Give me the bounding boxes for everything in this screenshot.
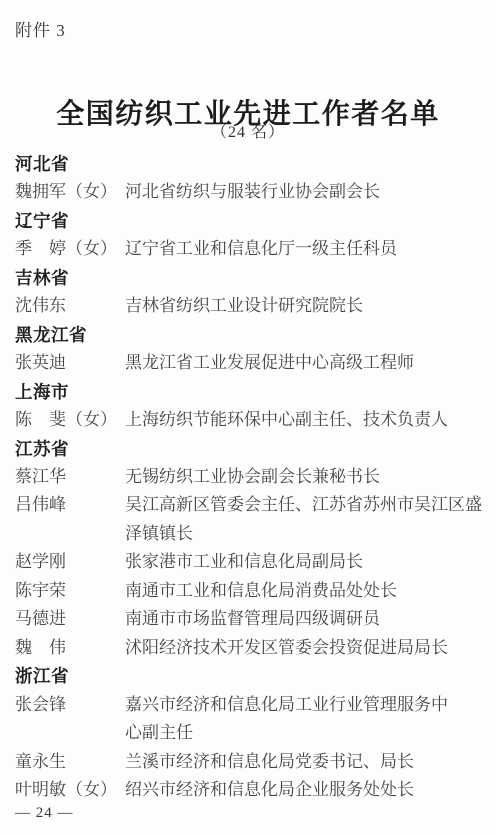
list-item: 张英迪 黑龙江省工业发展促进中心高级工程师: [15, 349, 482, 377]
person-title: 河北省纺织与服装行业协会副会长: [125, 178, 482, 206]
person-title: 辽宁省工业和信息化厅一级主任科员: [125, 235, 482, 263]
gender-note: （女）: [66, 410, 117, 429]
person-title: 嘉兴市经济和信息化局工业行业管理服务中 心副主任: [125, 691, 482, 748]
person-title: 上海纺织节能环保中心副主任、技术负责人: [125, 406, 482, 434]
person-name: 童永生: [15, 752, 66, 771]
person-name: 陈 斐: [15, 410, 66, 429]
list-item: 沈伟东 吉林省纺织工业设计研究院院长: [15, 292, 482, 320]
name-column: 叶明敏（女）: [15, 776, 125, 804]
province-section: 江苏省 蔡江华 无锡纺织工业协会副会长兼秘书长 吕伟峰 吴江高新区管委会主任、江…: [15, 435, 482, 663]
person-title: 黑龙江省工业发展促进中心高级工程师: [125, 349, 482, 377]
person-name: 张英迪: [15, 353, 66, 372]
person-name: 张会锋: [15, 695, 66, 714]
province-heading: 浙江省: [15, 662, 482, 690]
name-column: 陈宇荣: [15, 577, 125, 605]
province-section: 浙江省 张会锋 嘉兴市经济和信息化局工业行业管理服务中 心副主任 童永生 兰溪市…: [15, 662, 482, 804]
person-title: 张家港市工业和信息化局副局长: [125, 548, 482, 576]
recipient-count: （24 名）: [0, 119, 496, 142]
list-item: 张会锋 嘉兴市经济和信息化局工业行业管理服务中 心副主任: [15, 691, 482, 748]
list-item: 叶明敏（女） 绍兴市经济和信息化局企业服务处处长: [15, 776, 482, 804]
gender-note: （女）: [66, 239, 117, 258]
list-item: 吕伟峰 吴江高新区管委会主任、江苏省苏州市吴江区盛 泽镇镇长: [15, 491, 482, 548]
name-column: 魏拥军（女）: [15, 178, 125, 206]
person-name: 沈伟东: [15, 296, 66, 315]
name-column: 张会锋: [15, 691, 125, 719]
person-name: 吕伟峰: [15, 495, 66, 514]
person-title: 沭阳经济技术开发区管委会投资促进局局长: [125, 634, 482, 662]
province-heading: 河北省: [15, 150, 482, 178]
name-column: 魏 伟: [15, 634, 125, 662]
name-column: 蔡江华: [15, 463, 125, 491]
person-name: 陈宇荣: [15, 581, 66, 600]
person-name: 蔡江华: [15, 467, 66, 486]
person-name: 魏拥军: [15, 182, 66, 201]
list-item: 蔡江华 无锡纺织工业协会副会长兼秘书长: [15, 463, 482, 491]
person-title: 吉林省纺织工业设计研究院院长: [125, 292, 482, 320]
list-item: 童永生 兰溪市经济和信息化局党委书记、局长: [15, 748, 482, 776]
person-title: 南通市工业和信息化局消费品处处长: [125, 577, 482, 605]
person-title: 吴江高新区管委会主任、江苏省苏州市吴江区盛 泽镇镇长: [125, 491, 482, 548]
name-column: 张英迪: [15, 349, 125, 377]
name-column: 赵学刚: [15, 548, 125, 576]
province-section: 吉林省 沈伟东 吉林省纺织工业设计研究院院长: [15, 264, 482, 321]
name-column: 童永生: [15, 748, 125, 776]
name-column: 沈伟东: [15, 292, 125, 320]
page-number: — 24 —: [15, 803, 74, 824]
list-item: 陈 斐（女） 上海纺织节能环保中心副主任、技术负责人: [15, 406, 482, 434]
list-item: 赵学刚 张家港市工业和信息化局副局长: [15, 548, 482, 576]
person-name: 马德进: [15, 609, 66, 628]
attachment-label: 附件 3: [15, 16, 66, 41]
province-heading: 江苏省: [15, 435, 482, 463]
gender-note: （女）: [66, 182, 117, 201]
person-name: 叶明敏: [15, 780, 66, 799]
person-name: 赵学刚: [15, 552, 66, 571]
name-column: 陈 斐（女）: [15, 406, 125, 434]
province-section: 黑龙江省 张英迪 黑龙江省工业发展促进中心高级工程师: [15, 321, 482, 378]
award-list: 河北省 魏拥军（女） 河北省纺织与服装行业协会副会长 辽宁省 季 婷（女） 辽宁…: [15, 150, 482, 804]
list-item: 马德进 南通市市场监督管理局四级调研员: [15, 605, 482, 633]
person-title: 绍兴市经济和信息化局企业服务处处长: [125, 776, 482, 804]
name-column: 吕伟峰: [15, 491, 125, 519]
province-section: 上海市 陈 斐（女） 上海纺织节能环保中心副主任、技术负责人: [15, 378, 482, 435]
list-item: 魏 伟 沭阳经济技术开发区管委会投资促进局局长: [15, 634, 482, 662]
province-section: 辽宁省 季 婷（女） 辽宁省工业和信息化厅一级主任科员: [15, 207, 482, 264]
person-title: 无锡纺织工业协会副会长兼秘书长: [125, 463, 482, 491]
province-section: 河北省 魏拥军（女） 河北省纺织与服装行业协会副会长: [15, 150, 482, 207]
list-item: 陈宇荣 南通市工业和信息化局消费品处处长: [15, 577, 482, 605]
person-title: 兰溪市经济和信息化局党委书记、局长: [125, 748, 482, 776]
province-heading: 上海市: [15, 378, 482, 406]
document-page: 附件 3 全国纺织工业先进工作者名单 （24 名） 河北省 魏拥军（女） 河北省…: [0, 0, 496, 834]
person-name: 魏 伟: [15, 638, 66, 657]
name-column: 马德进: [15, 605, 125, 633]
list-item: 魏拥军（女） 河北省纺织与服装行业协会副会长: [15, 178, 482, 206]
gender-note: （女）: [66, 780, 117, 799]
list-item: 季 婷（女） 辽宁省工业和信息化厅一级主任科员: [15, 235, 482, 263]
person-name: 季 婷: [15, 239, 66, 258]
province-heading: 吉林省: [15, 264, 482, 292]
province-heading: 黑龙江省: [15, 321, 482, 349]
person-title: 南通市市场监督管理局四级调研员: [125, 605, 482, 633]
province-heading: 辽宁省: [15, 207, 482, 235]
name-column: 季 婷（女）: [15, 235, 125, 263]
